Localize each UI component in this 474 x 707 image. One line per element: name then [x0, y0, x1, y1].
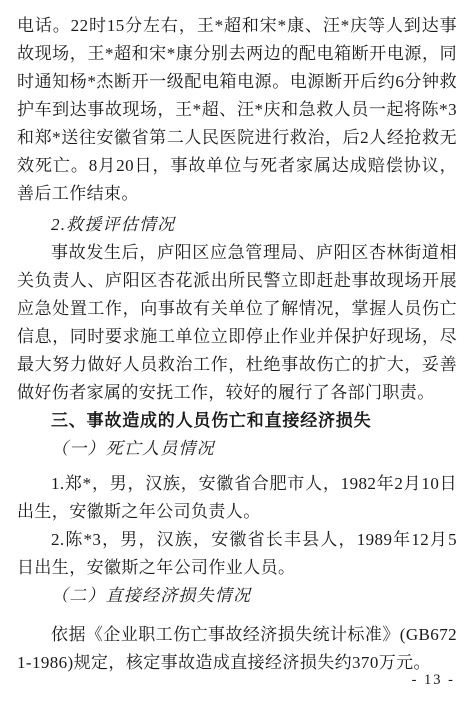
- subheading-economic-loss: （二）直接经济损失情况: [17, 582, 457, 610]
- document-page: 电话。22时15分左右，王*超和宋*康、汪*庆等人到达事故现场，王*超和宋*康分…: [0, 0, 474, 707]
- paragraph-rescue-evaluation: 事故发生后，庐阳区应急管理局、庐阳区杏林街道相关负责人、庐阳区杏花派出所民警立即…: [17, 239, 457, 407]
- paragraph-economic-loss: 依据《企业职工伤亡事故经济损失统计标准》(GB6721-1986)规定，核定事故…: [17, 621, 457, 677]
- paragraph-victim-2: 2.陈*3，男，汉族，安徽省长丰县人，1989年12月5日出生，安徽斯之年公司作…: [17, 526, 457, 582]
- subheading-rescue-evaluation: 2.救援评估情况: [17, 211, 457, 239]
- paragraph-continuation: 电话。22时15分左右，王*超和宋*康、汪*庆等人到达事故现场，王*超和宋*康分…: [17, 12, 457, 208]
- paragraph-victim-1: 1.郑*，男，汉族，安徽省合肥市人，1982年2月10日出生，安徽斯之年公司负责…: [17, 470, 457, 526]
- subheading-death-toll: （一）死亡人员情况: [17, 435, 457, 463]
- page-number: - 13 -: [412, 672, 455, 689]
- heading-section-3: 三、事故造成的人员伤亡和直接经济损失: [17, 407, 457, 435]
